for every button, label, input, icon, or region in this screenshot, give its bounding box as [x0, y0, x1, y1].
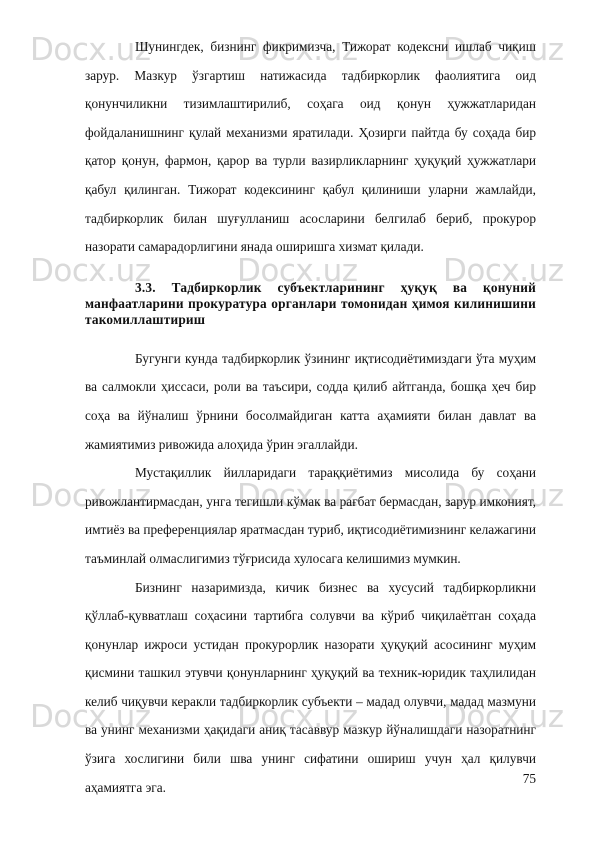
page-number: 75 [523, 771, 536, 787]
document-body: Шунингдек, бизнинг фикримизча, Тижорат к… [85, 33, 536, 802]
paragraph-entrepreneurship-role: Бугунги кунда тадбиркорлик ўзининг иқтис… [85, 345, 536, 459]
paragraph-commercial-code: Шунингдек, бизнинг фикримизча, Тижорат к… [85, 33, 536, 262]
paragraph-independence-years: Мустақиллик йилларидаги тараққиётимиз ми… [85, 459, 536, 573]
section-heading: 3.3. Тадбиркорлик субъектларининг ҳуқуқ … [85, 280, 536, 328]
document-page: Docx.uz Docx.uz Docx.uz Docx.uz Docx.uz … [0, 0, 595, 842]
paragraph-prosecutorial-oversight: Бизнинг назаримизда, кичик бизнес ва хус… [85, 574, 536, 803]
